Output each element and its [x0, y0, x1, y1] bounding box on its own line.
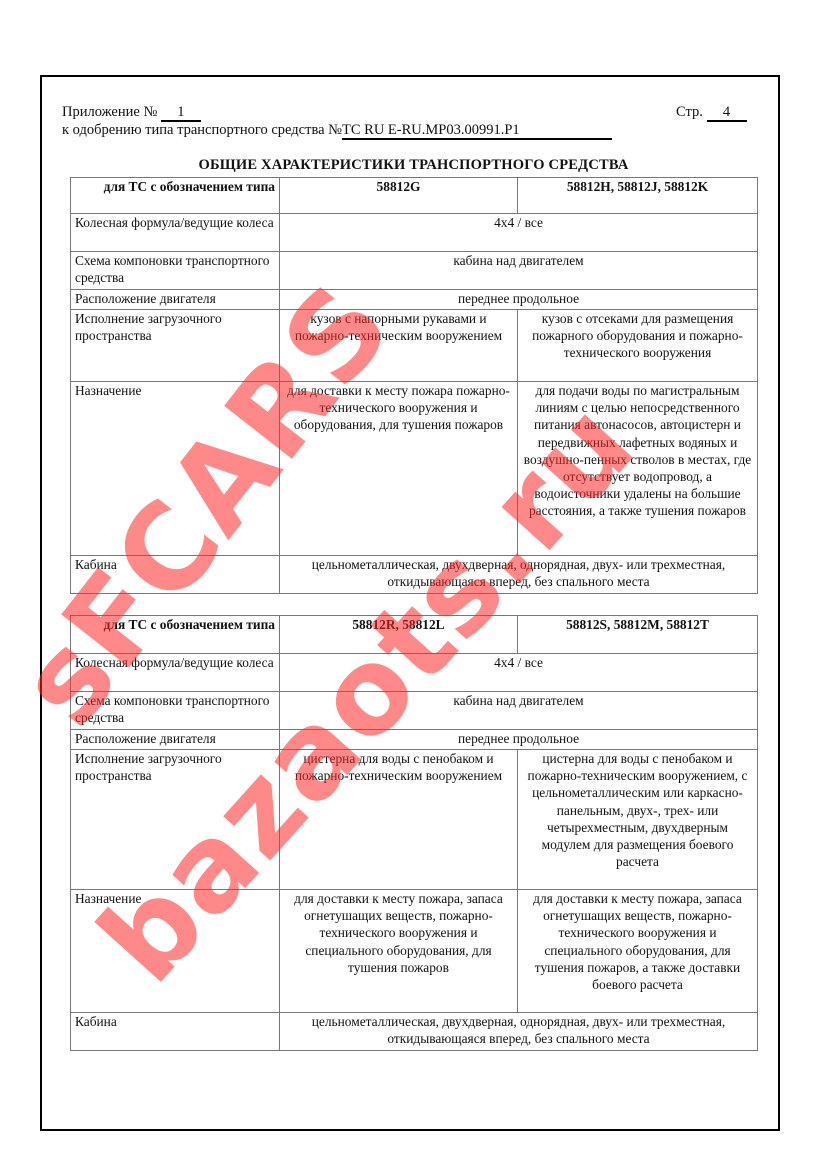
- row-label: Кабина: [71, 1013, 280, 1051]
- header-label: для ТС с обозначением типа: [71, 178, 280, 214]
- row-label: Назначение: [71, 382, 280, 556]
- row-value: цельнометаллическая, двухдверная, одноря…: [280, 556, 758, 594]
- table-row: Кабина цельнометаллическая, двухдверная,…: [71, 556, 758, 594]
- table-row: Схема компоновки транспортного средства …: [71, 692, 758, 730]
- row-label: Кабина: [71, 556, 280, 594]
- table-row: Колесная формула/ведущие колеса 4x4 / вс…: [71, 654, 758, 692]
- row-value: 4x4 / все: [280, 214, 758, 252]
- row-label: Схема компоновки транспортного средства: [71, 252, 280, 290]
- row-label: Колесная формула/ведущие колеса: [71, 214, 280, 252]
- row-label: Расположение двигателя: [71, 290, 280, 310]
- row-value: для доставки к месту пожара пожарно-техн…: [280, 382, 518, 556]
- page-number: 4: [707, 105, 747, 122]
- row-value: кузов с напорными рукавами и пожарно-тех…: [280, 310, 518, 382]
- appendix-number: 1: [161, 105, 201, 122]
- row-label: Назначение: [71, 890, 280, 1013]
- page-label: Стр.: [676, 104, 703, 120]
- approval-number: ТС RU E-RU.МР03.00991.Р1: [342, 123, 612, 140]
- row-value: для доставки к месту пожара, запаса огне…: [280, 890, 518, 1013]
- row-label: Колесная формула/ведущие колеса: [71, 654, 280, 692]
- row-value: кузов с отсеками для размещения пожарног…: [518, 310, 758, 382]
- table-row: Назначение для доставки к месту пожара, …: [71, 890, 758, 1013]
- row-value: цельнометаллическая, двухдверная, одноря…: [280, 1013, 758, 1051]
- table-row: Схема компоновки транспортного средства …: [71, 252, 758, 290]
- row-value: переднее продольное: [280, 290, 758, 310]
- row-value: кабина над двигателем: [280, 692, 758, 730]
- header-label: для ТС с обозначением типа: [71, 616, 280, 654]
- column-header: 58812S, 58812M, 58812T: [518, 616, 758, 654]
- row-value: цистерна для воды с пенобаком и пожарно-…: [280, 750, 518, 890]
- spec-table-2: для ТС с обозначением типа 58812R, 58812…: [70, 615, 758, 1051]
- row-label: Схема компоновки транспортного средства: [71, 692, 280, 730]
- document-title: ОБЩИЕ ХАРАКТЕРИСТИКИ ТРАНСПОРТНОГО СРЕДС…: [0, 157, 827, 174]
- appendix-label: Приложение №: [62, 104, 157, 120]
- appendix-line: Приложение № 1: [62, 104, 201, 122]
- table-row: Колесная формула/ведущие колеса 4x4 / вс…: [71, 214, 758, 252]
- column-header: 58812G: [280, 178, 518, 214]
- table-row: Исполнение загрузочного пространства куз…: [71, 310, 758, 382]
- column-header: 58812R, 58812L: [280, 616, 518, 654]
- row-label: Исполнение загрузочного пространства: [71, 310, 280, 382]
- table-row: Назначение для доставки к месту пожара п…: [71, 382, 758, 556]
- table-header-row: для ТС с обозначением типа 58812R, 58812…: [71, 616, 758, 654]
- row-value: кабина над двигателем: [280, 252, 758, 290]
- table-row: Кабина цельнометаллическая, двухдверная,…: [71, 1013, 758, 1051]
- approval-line: к одобрению типа транспортного средства …: [62, 122, 612, 140]
- spec-table-1: для ТС с обозначением типа 58812G 58812H…: [70, 177, 758, 594]
- table-header-row: для ТС с обозначением типа 58812G 58812H…: [71, 178, 758, 214]
- approval-label: к одобрению типа транспортного средства …: [62, 122, 342, 138]
- column-header: 58812H, 58812J, 58812K: [518, 178, 758, 214]
- row-value: для подачи воды по магистральным линиям …: [518, 382, 758, 556]
- page-number-line: Стр. 4: [676, 104, 747, 122]
- row-value: 4x4 / все: [280, 654, 758, 692]
- row-label: Исполнение загрузочного пространства: [71, 750, 280, 890]
- table-row: Исполнение загрузочного пространства цис…: [71, 750, 758, 890]
- row-value: переднее продольное: [280, 730, 758, 750]
- row-label: Расположение двигателя: [71, 730, 280, 750]
- table-row: Расположение двигателя переднее продольн…: [71, 290, 758, 310]
- table-row: Расположение двигателя переднее продольн…: [71, 730, 758, 750]
- row-value: цистерна для воды с пенобаком и пожарно-…: [518, 750, 758, 890]
- row-value: для доставки к месту пожара, запаса огне…: [518, 890, 758, 1013]
